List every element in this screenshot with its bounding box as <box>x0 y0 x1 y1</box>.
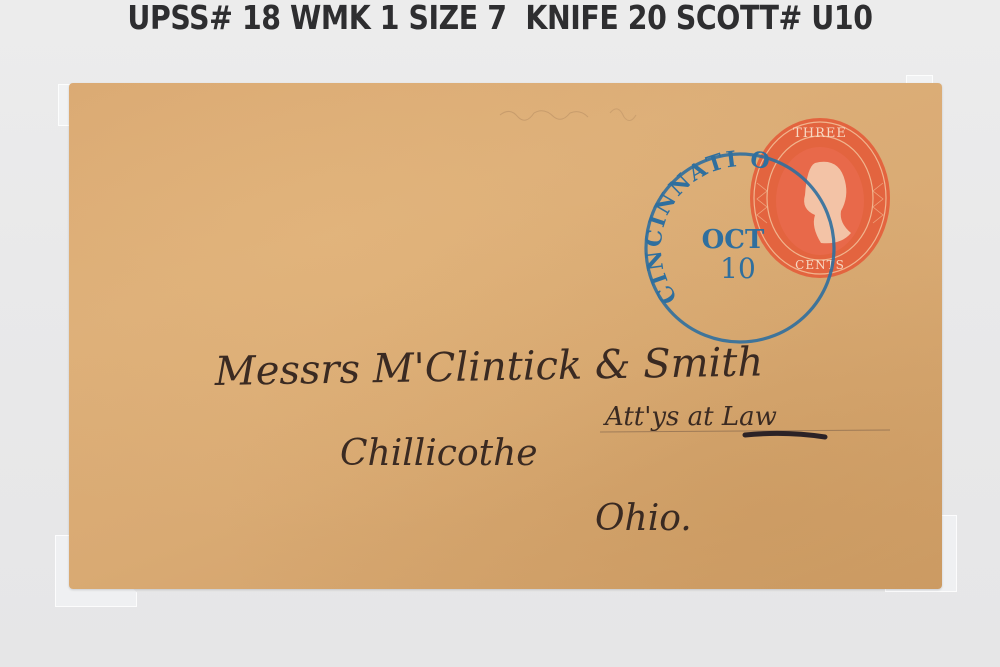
postmark-cincinnati: CINCINNATI O OCT 10 <box>638 148 843 348</box>
address-line-1: Messrs M'Clintick & Smith <box>213 339 763 395</box>
address-line-2: Att'ys at Law <box>603 402 777 432</box>
pencil-notation <box>480 95 730 155</box>
address-line-4: Ohio. <box>595 498 692 539</box>
stamp-top-label: THREE <box>793 126 847 141</box>
postmark-month: OCT <box>702 225 765 255</box>
address-line-3: Chillicothe <box>340 433 538 474</box>
postmark-day: 10 <box>720 252 756 285</box>
handwritten-address: Messrs M'Clintick & Smith Att'ys at Law … <box>200 330 900 560</box>
page-heading: UPSS# 18 WMK 1 SIZE 7 KNIFE 20 SCOTT# U1… <box>70 0 930 37</box>
